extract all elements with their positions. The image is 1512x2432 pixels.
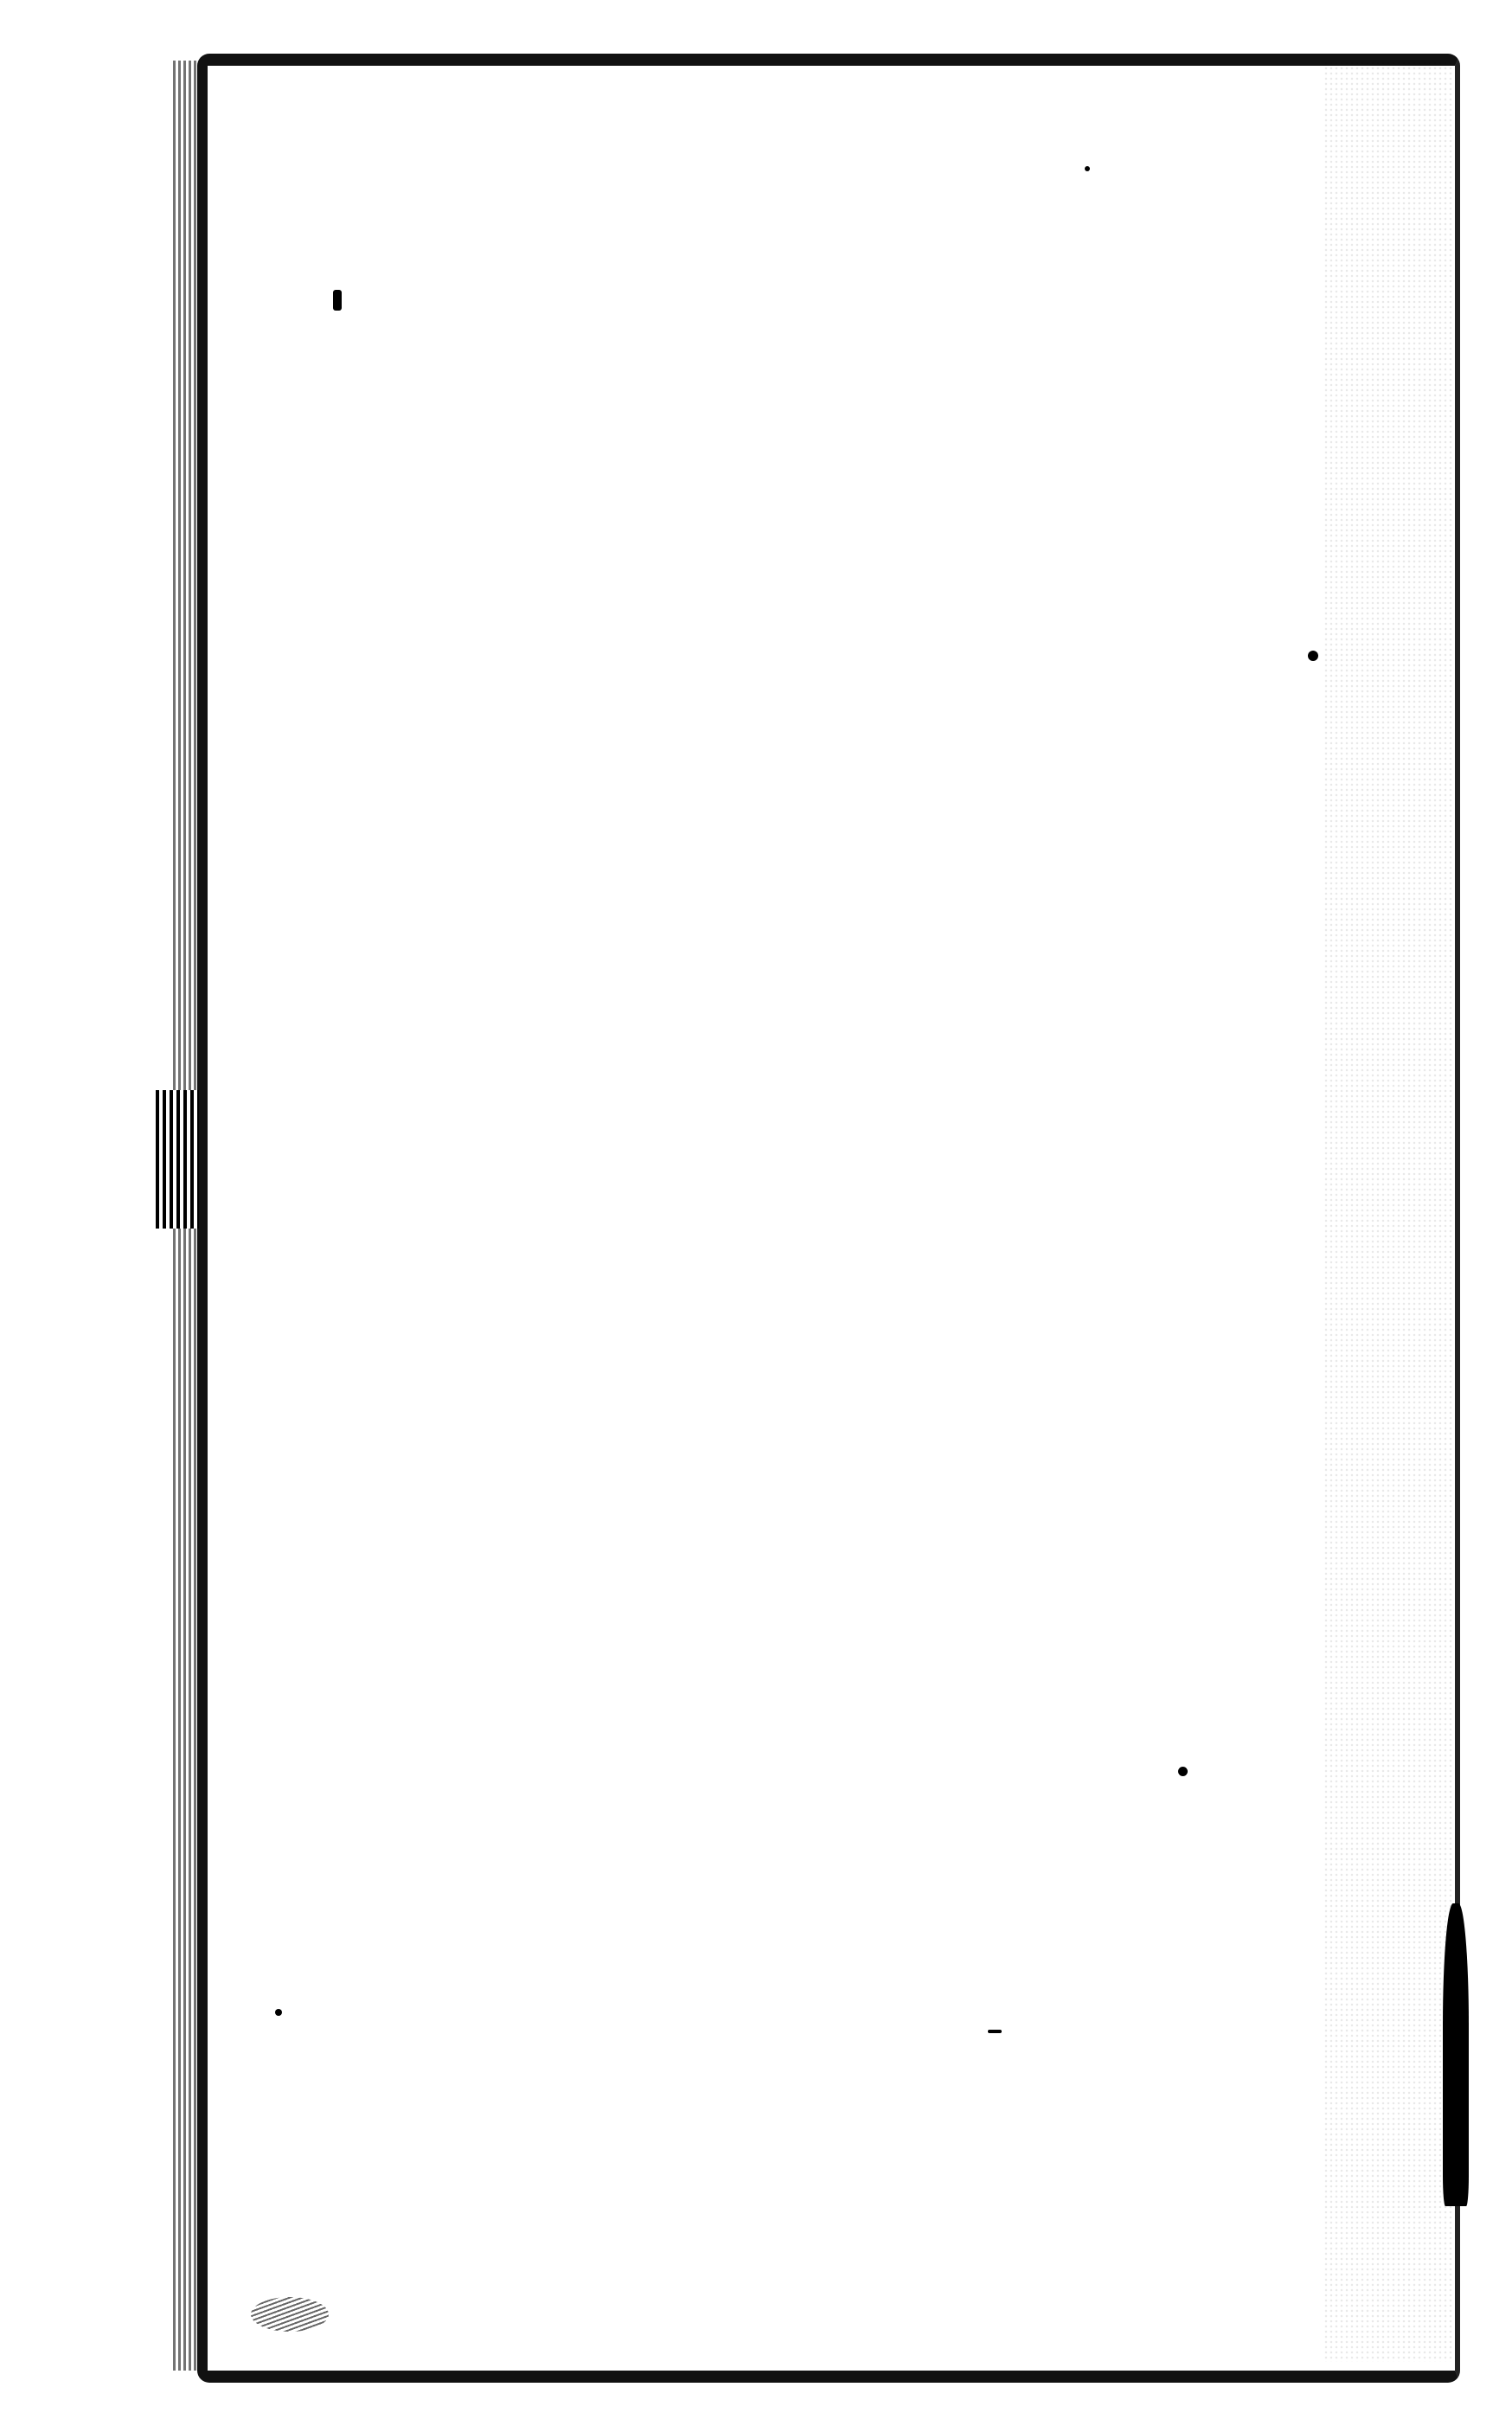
page-right-edge-shading [1323, 61, 1453, 2362]
ink-speck [333, 290, 342, 311]
ink-speck [1308, 651, 1318, 661]
corner-smudge [251, 2297, 329, 2332]
ink-speck [1085, 166, 1090, 171]
binding-tab-marker [156, 1090, 199, 1229]
ink-speck [275, 2009, 282, 2016]
ink-speck [988, 2030, 1002, 2033]
ink-speck [1178, 1767, 1188, 1776]
bookmark-ribbon [1443, 1903, 1469, 2206]
scanned-page [197, 54, 1460, 2383]
